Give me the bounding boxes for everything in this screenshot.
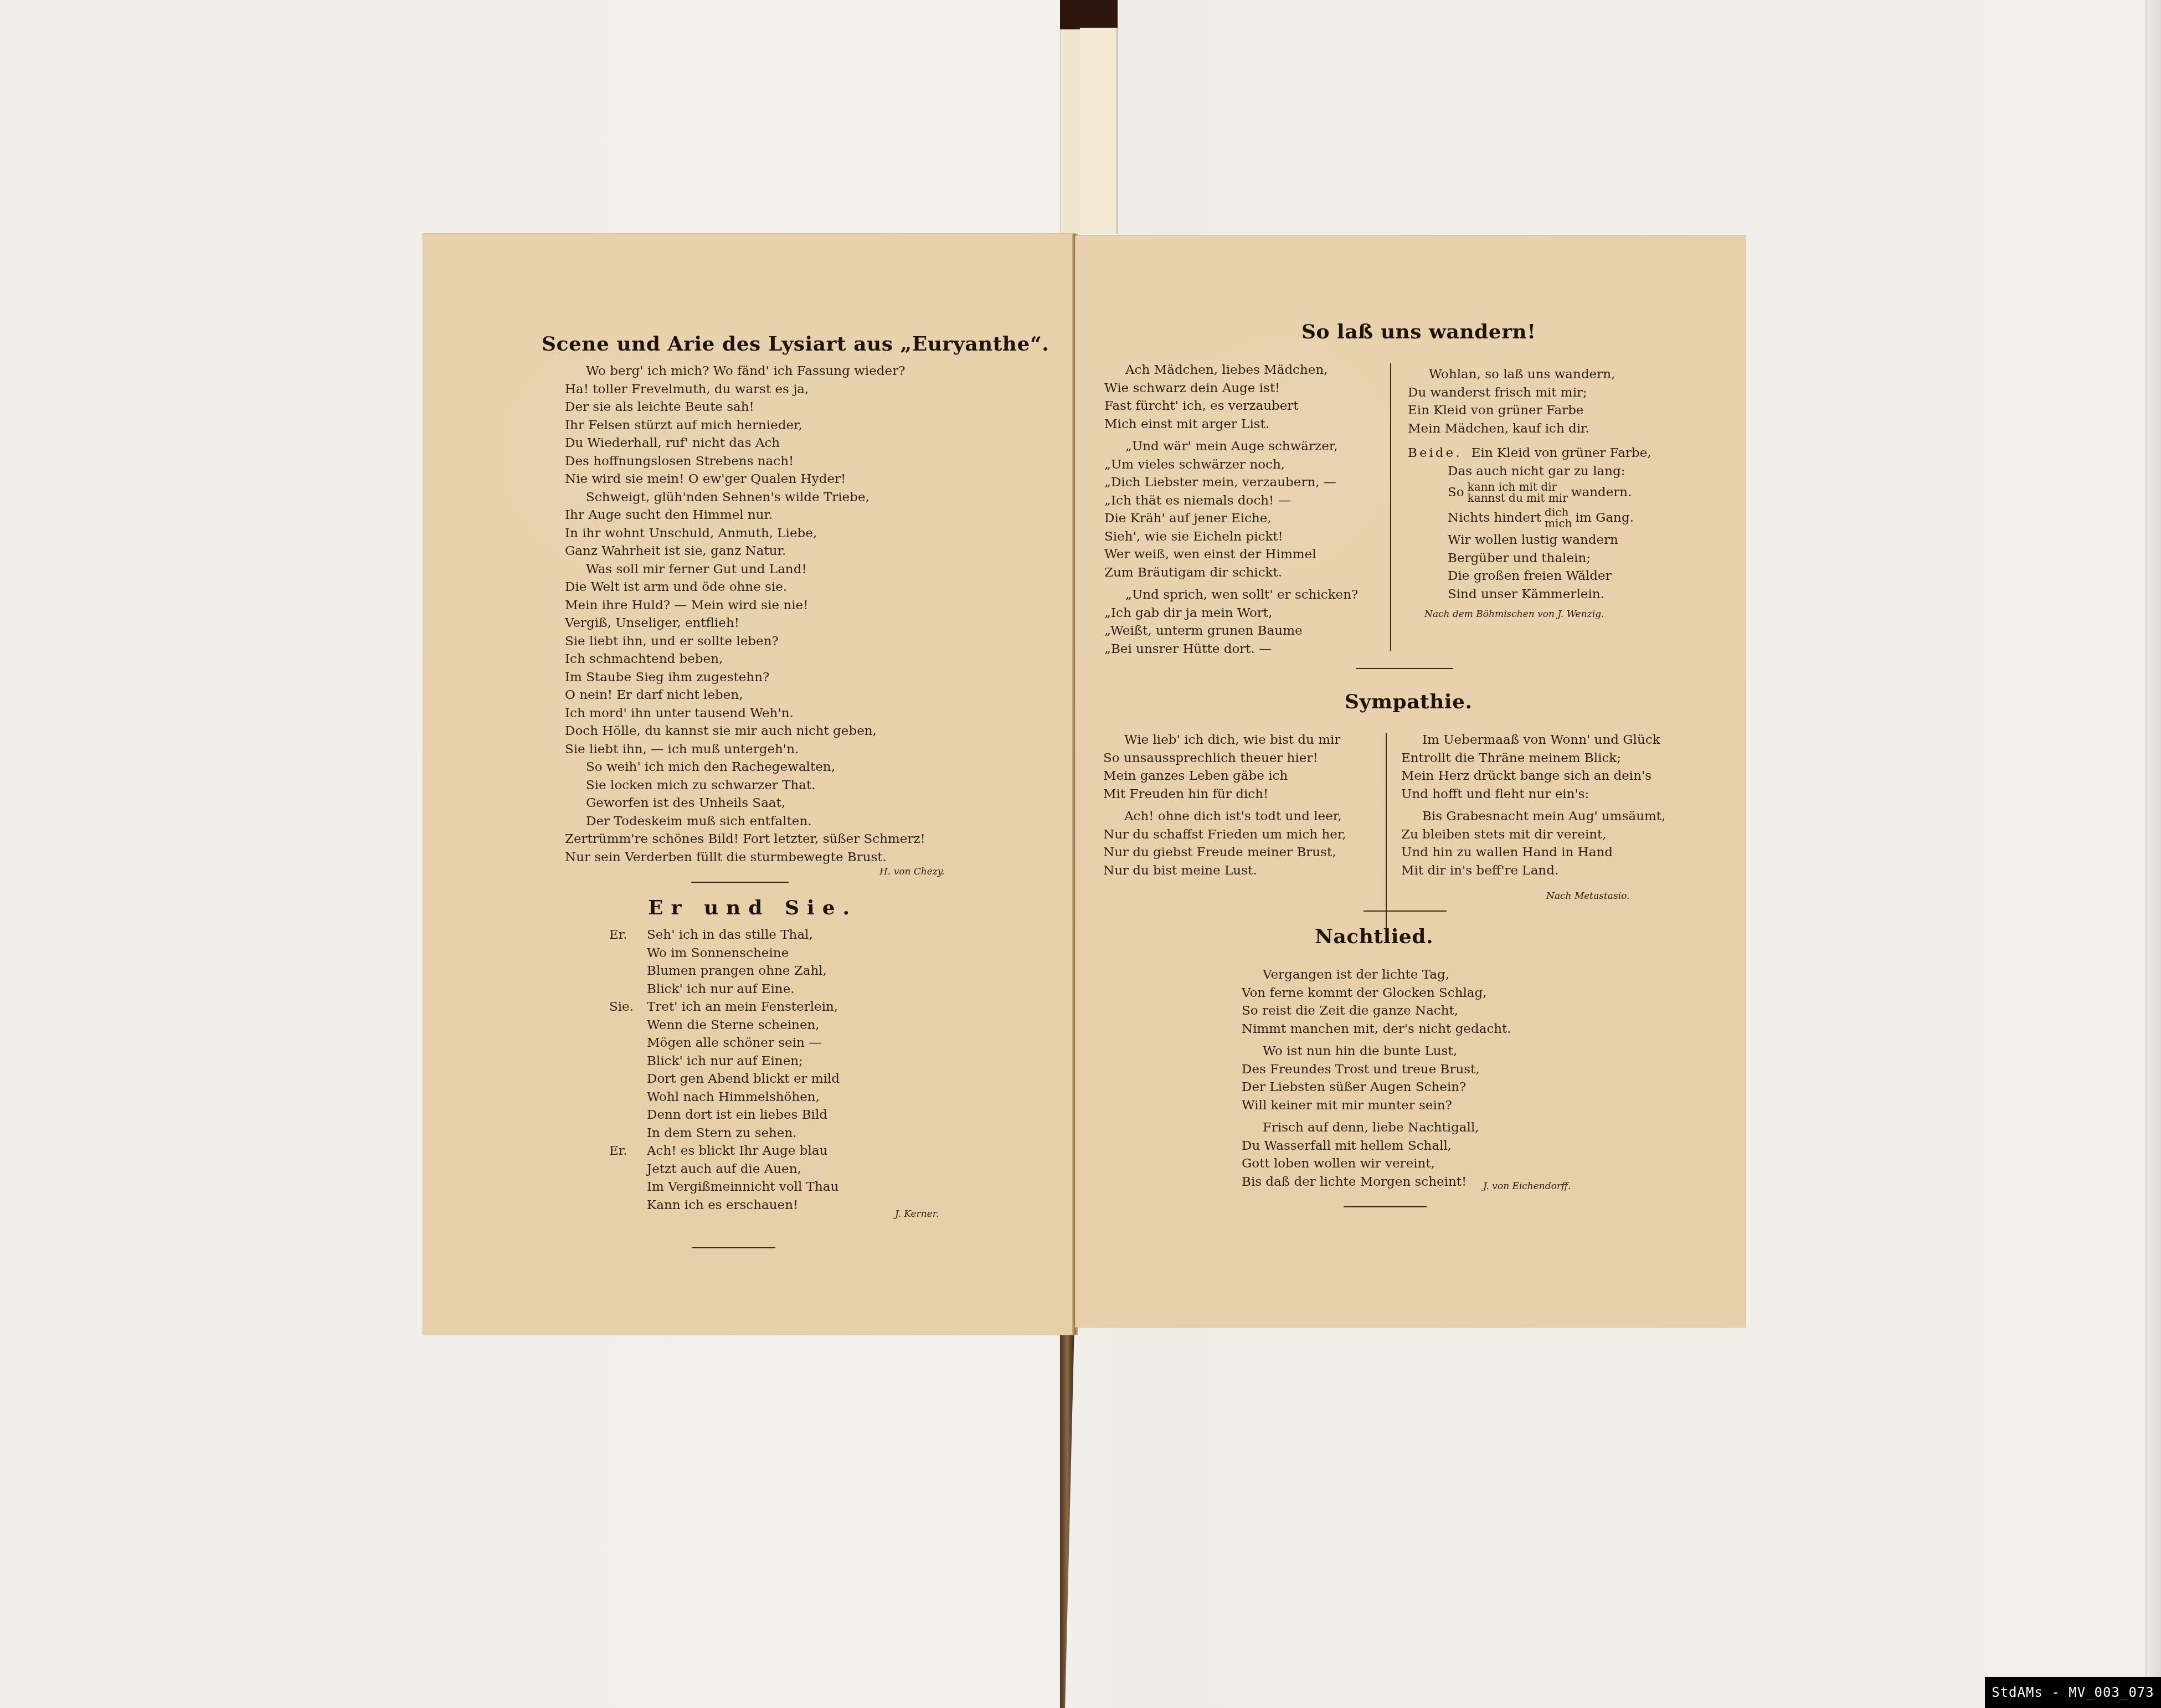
poem-title-euryanthe: Scene und Arie des Lysiart aus „Euryanth… [542,332,1049,356]
verse-line: Sie liebt ihn, und er sollte leben? [565,632,925,651]
poem-wandern-right-column: Wohlan, so laß uns wandern,Du wanderst f… [1408,366,1651,620]
column-divider [1390,363,1391,651]
verse-line: „Ich gab dir ja mein Wort, [1104,604,1358,623]
poem-title-nachtlied: Nachtlied. [1315,925,1433,948]
verse-line: Sie.Tret' ich an mein Fensterlein, [609,998,840,1016]
poem-author: J. von Eichendorff. [1483,1181,1571,1192]
verse-line: Die großen freien Wälder [1448,567,1651,585]
paper-strip [1080,28,1118,234]
verse-line: Ein Kleid von grüner Farbe [1408,402,1651,420]
column-divider [1386,733,1387,929]
verse-line: So unsaussprechlich theuer hier! [1103,749,1346,768]
verse-line: Wohl nach Himmelshöhen, [609,1088,840,1107]
verse-line: Der Todeskeim muß sich entfalten. [565,812,925,831]
speaker-label: Er. [609,926,647,944]
speaker-label [609,1034,647,1052]
verse-line: Nimmt manchen mit, der's nicht gedacht. [1242,1020,1511,1038]
poem-author: Nach dem Böhmischen von J. Wenzig. [1408,609,1651,620]
verse-text: Blick' ich nur auf Einen; [647,1052,803,1071]
verse-line: Kann ich es erschauen! [609,1196,840,1215]
verse-line: Blick' ich nur auf Einen; [609,1052,840,1071]
verse-line: „Bei unsrer Hütte dort. — [1104,640,1358,658]
verse-line: Du Wiederhall, ruf' nicht das Ach [565,434,925,452]
archive-label: StdAMs - MV_003_073 [1985,1677,2161,1708]
verse-line: Der Liebsten süßer Augen Schein? [1242,1078,1511,1097]
verse-line: Wohlan, so laß uns wandern, [1408,366,1651,384]
verse-line: Er.Ach! es blickt Ihr Auge blau [609,1142,840,1160]
speaker-label [609,980,647,999]
verse-line: Beide. Ein Kleid von grüner Farbe, [1408,444,1651,462]
verse-line: Wie schwarz dein Auge ist! [1104,379,1358,398]
verse-line: Mein Mädchen, kauf ich dir. [1408,420,1651,438]
verse-line: Und hin zu wallen Hand in Hand [1401,843,1665,862]
verse-line: Doch Hölle, du kannst sie mir auch nicht… [565,722,925,740]
alt-text: mich [1545,518,1572,529]
verse-line: Mein ihre Huld? — Mein wird sie nie! [565,596,925,615]
verse-line: Ach! ohne dich ist's todt und leer, [1103,807,1346,826]
speaker-label [609,1052,647,1071]
verse-line: O nein! Er darf nicht leben, [565,686,925,704]
verse-line: Ihr Auge sucht den Himmel nur. [565,506,925,524]
speaker-label: Beide. [1408,446,1462,460]
book-spine-top [1060,0,1118,31]
verse-line: Ganz Wahrheit ist sie, ganz Natur. [565,542,925,560]
verse-line: Mit Freuden hin für dich! [1103,785,1346,804]
verse-line: Dort gen Abend blickt er mild [609,1070,840,1088]
verse-line: In dem Stern zu sehen. [609,1124,840,1143]
verse-text: Denn dort ist ein liebes Bild [647,1106,827,1124]
verse-text: Im Vergißmeinnicht voll Thau [647,1178,838,1196]
verse-line: Zertrümm're schönes Bild! Fort letzter, … [565,830,925,848]
speaker-label [609,1178,647,1196]
verse-line: Nur sein Verderben füllt die sturmbewegt… [565,848,925,867]
verse-line: Von ferne kommt der Glocken Schlag, [1242,984,1511,1002]
verse-line: Sieh', wie sie Eicheln pickt! [1104,528,1358,546]
verse-text: Wohl nach Himmelshöhen, [647,1088,820,1107]
verse-line: Wenn die Sterne scheinen, [609,1016,840,1035]
verse-line: In ihr wohnt Unschuld, Anmuth, Liebe, [565,524,925,543]
verse-line: Bergüber und thalein; [1448,549,1651,568]
verse-text: Ein Kleid von grüner Farbe, [1471,446,1651,460]
verse-line: Und hofft und fleht nur ein's: [1401,785,1665,804]
verse-line: „Dich Liebster mein, verzaubern, — [1104,474,1358,492]
verse-line: Vergiß, Unseliger, entflieh! [565,614,925,632]
poem-title-sympathie: Sympathie. [1345,690,1472,713]
verse-text: Blumen prangen ohne Zahl, [647,962,827,980]
verse-line: Blumen prangen ohne Zahl, [609,962,840,980]
verse-line: Sind unser Kämmerlein. [1448,585,1651,604]
verse-line: So reist die Zeit die ganze Nacht, [1242,1002,1511,1020]
verse-line: Wir wollen lustig wandern [1448,531,1651,549]
verse-text: Wo im Sonnenscheine [647,944,789,963]
verse-line: Nur du giebst Freude meiner Brust, [1103,843,1346,862]
speaker-label [609,1106,647,1124]
verse-line: Frisch auf denn, liebe Nachtigall, [1242,1119,1511,1137]
verse-line: Nur du bist meine Lust. [1103,862,1346,880]
alt-text: kann ich mit dir [1468,481,1568,492]
verse-text: Ach! es blickt Ihr Auge blau [647,1142,827,1160]
verse-line: Entrollt die Thräne meinem Blick; [1401,749,1665,768]
verse-line: Mit dir in's beff're Land. [1401,862,1665,880]
verse-line: „Weißt, unterm grunen Baume [1104,622,1358,640]
verse-line: „Ich thät es niemals doch! — [1104,492,1358,510]
poem-author: Nach Metastasio. [1546,891,1630,902]
verse-line: Bis daß der lichte Morgen scheint! [1242,1173,1511,1191]
poem-body-euryanthe: Wo berg' ich mich? Wo fänd' ich Fassung … [565,362,925,866]
speaker-label [609,1016,647,1035]
section-divider [691,882,789,883]
verse-line: Die Kräh' auf jener Eiche, [1104,510,1358,528]
verse-text: Nichts hindert [1448,509,1541,527]
verse-line: Mich einst mit arger List. [1104,415,1358,434]
verse-line: Die Welt ist arm und öde ohne sie. [565,578,925,596]
verse-line: Mein ganzes Leben gäbe ich [1103,767,1346,785]
speaker-label [609,1124,647,1143]
verse-line: Ich schmachtend beben, [565,650,925,668]
verse-text: So [1448,483,1464,502]
verse-line-alternates: So kann ich mit dir kannst du mit mir wa… [1408,480,1651,505]
verse-line: Des Freundes Trost und treue Brust, [1242,1061,1511,1079]
paper-strip [1060,30,1080,236]
poem-author: H. von Chezy. [879,866,945,877]
alt-text: kannst du mit mir [1468,492,1568,503]
verse-text: Blick' ich nur auf Eine. [647,980,795,999]
poem-sympathie-left-column: Wie lieb' ich dich, wie bist du mirSo un… [1103,731,1346,879]
verse-line: Fast fürcht' ich, es verzaubert [1104,397,1358,415]
poem-title-wandern: So laß uns wandern! [1301,320,1536,343]
scanner-edge [2145,0,2161,1708]
verse-line: Mein Herz drückt bange sich an dein's [1401,767,1665,785]
verse-line: Der sie als leichte Beute sah! [565,398,925,416]
verse-line: Sie liebt ihn, — ich muß untergeh'n. [565,740,925,759]
poem-author: J. Kerner. [895,1208,939,1220]
poem-wandern-left-column: Ach Mädchen, liebes Mädchen,Wie schwarz … [1104,361,1358,658]
verse-text: Seh' ich in das stille Thal, [647,926,813,944]
verse-text: Mögen alle schöner sein — [647,1034,821,1052]
verse-line: Wo berg' ich mich? Wo fänd' ich Fassung … [565,362,925,380]
verse-line-alternates: Nichts hindert dich mich im Gang. [1408,505,1651,531]
verse-text: Kann ich es erschauen! [647,1196,798,1215]
verse-line: Ich mord' ihn unter tausend Weh'n. [565,704,925,723]
speaker-label [609,1070,647,1088]
verse-line: Wo im Sonnenscheine [609,944,840,963]
speaker-label: Er. [609,1142,647,1160]
speaker-label [609,1088,647,1107]
speaker-label: Sie. [609,998,647,1016]
verse-text: Tret' ich an mein Fensterlein, [647,998,838,1016]
poem-body-er-und-sie: Er.Seh' ich in das stille Thal,Wo im Son… [609,926,840,1214]
poem-sympathie-right-column: Im Uebermaaß von Wonn' und GlückEntrollt… [1401,731,1665,879]
alternate-stack: kann ich mit dir kannst du mit mir [1468,481,1568,503]
speaker-label [609,962,647,980]
verse-line: Mögen alle schöner sein — [609,1034,840,1052]
verse-line: Vergangen ist der lichte Tag, [1242,966,1511,984]
verse-line: Wer weiß, wen einst der Himmel [1104,546,1358,564]
verse-line: Du wanderst frisch mit mir; [1408,384,1651,402]
verse-line: „Um vieles schwärzer noch, [1104,456,1358,474]
verse-line: Nie wird sie mein! O ew'ger Qualen Hyder… [565,470,925,488]
verse-line: Das auch nicht gar zu lang: [1408,462,1651,481]
verse-line: Sie locken mich zu schwarzer That. [565,776,925,795]
verse-line: Ach Mädchen, liebes Mädchen, [1104,361,1358,379]
verse-line: Du Wasserfall mit hellem Schall, [1242,1137,1511,1155]
verse-line: Geworfen ist des Unheils Saat, [565,794,925,812]
verse-line: Im Uebermaaß von Wonn' und Glück [1401,731,1665,749]
alt-text: dich [1545,507,1572,518]
verse-line: Zu bleiben stets mit dir vereint, [1401,826,1665,844]
verse-line: Im Staube Sieg ihm zugestehn? [565,668,925,687]
verse-line: Er.Seh' ich in das stille Thal, [609,926,840,944]
verse-line: Im Vergißmeinnicht voll Thau [609,1178,840,1196]
verse-line: „Und wär' mein Auge schwärzer, [1104,438,1358,456]
verse-text: im Gang. [1576,509,1634,527]
verse-text: wandern. [1571,483,1632,502]
speaker-label [609,1196,647,1215]
verse-line: Was soll mir ferner Gut und Land! [565,560,925,579]
poem-title-er-und-sie: Er und Sie. [648,896,857,919]
speaker-label [609,1160,647,1179]
verse-line: Wo ist nun hin die bunte Lust, [1242,1042,1511,1061]
verse-line: Gott loben wollen wir vereint, [1242,1155,1511,1173]
section-divider [1364,910,1447,912]
left-page: Scene und Arie des Lysiart aus „Euryanth… [423,234,1076,1335]
verse-line: „Und sprich, wen sollt' er schicken? [1104,586,1358,604]
verse-line: Jetzt auch auf die Auen, [609,1160,840,1179]
verse-text: Jetzt auch auf die Auen, [647,1160,801,1179]
section-divider [1344,1206,1427,1207]
section-divider [1356,668,1453,669]
verse-line: Zum Bräutigam dir schickt. [1104,564,1358,582]
verse-line: Blick' ich nur auf Eine. [609,980,840,999]
section-divider [692,1247,775,1248]
verse-line: Schweigt, glüh'nden Sehnen's wilde Trieb… [565,488,925,507]
verse-line: Bis Grabesnacht mein Aug' umsäumt, [1401,807,1665,826]
verse-line: So weih' ich mich den Rachegewalten, [565,758,925,776]
verse-text: Wenn die Sterne scheinen, [647,1016,820,1035]
verse-line: Will keiner mit mir munter sein? [1242,1097,1511,1115]
verse-text: In dem Stern zu sehen. [647,1124,797,1143]
verse-line: Ha! toller Frevelmuth, du warst es ja, [565,380,925,399]
verse-text: Dort gen Abend blickt er mild [647,1070,840,1088]
alternate-stack: dich mich [1545,507,1572,529]
verse-line: Ihr Felsen stürzt auf mich hernieder, [565,416,925,435]
speaker-label [609,944,647,963]
verse-line: Wie lieb' ich dich, wie bist du mir [1103,731,1346,749]
right-page: So laß uns wandern! Ach Mädchen, liebes … [1076,236,1746,1327]
verse-line: Denn dort ist ein liebes Bild [609,1106,840,1124]
poem-body-nachtlied: Vergangen ist der lichte Tag,Von ferne k… [1242,966,1511,1191]
verse-line: Nur du schaffst Frieden um mich her, [1103,826,1346,844]
verse-line: Des hoffnungslosen Strebens nach! [565,452,925,471]
